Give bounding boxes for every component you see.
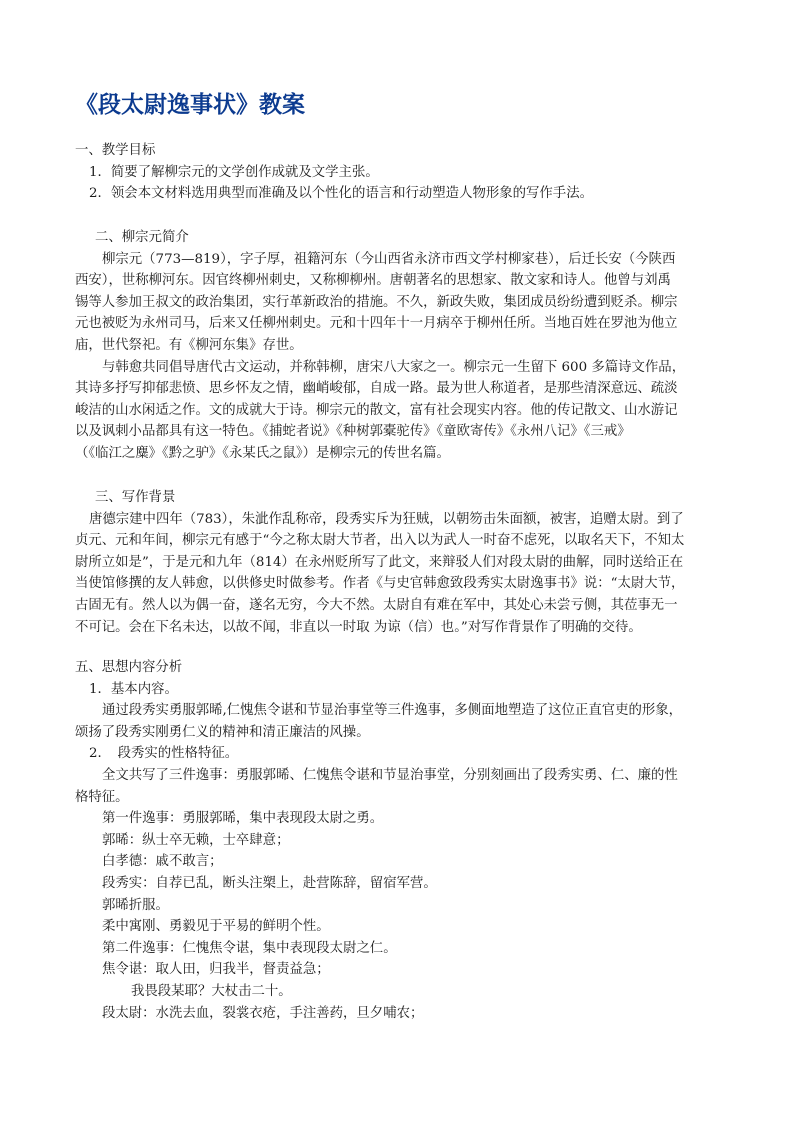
paragraph-line: 柳宗元（773—819），字子厚，祖籍河东（今山西省永济市西文学村柳家巷），后迁…: [75, 249, 730, 271]
paragraph-line: 通过段秀实勇服郭晞,仁愧焦令谌和节显治事堂等三件逸事，多侧面地塑造了这位正直官吏…: [75, 700, 730, 722]
paragraph-line: 其诗多抒写抑郁悲愤、思乡怀友之情，幽峭峻郁，自成一路。最为世人称道者，是那些清深…: [75, 378, 730, 400]
paragraph-line: 贞元、元和年间，柳宗元有感于“今之称太尉大节者，出入以为武人一时奋不虑死，以取名…: [75, 530, 730, 552]
paragraph-line: 锡等人参加王叔文的政治集团，实行革新政治的措施。不久，新政失败，集团成员纷纷遭到…: [75, 292, 730, 314]
paragraph-line: （《临江之麋》《黔之驴》《永某氏之鼠》）是柳宗元的传世名篇。: [75, 443, 730, 465]
paragraph-line: 峻洁的山水闲适之作。文的成就大于诗。柳宗元的散文，富有社会现实内容。他的传记散文…: [75, 400, 730, 422]
paragraph-line: 元也被贬为永州司马，后来又任柳州刺史。元和十四年十一月病卒于柳州任所。当地百姓在…: [75, 313, 730, 335]
paragraph-line: 古固无有。然人以为偶一奋，遂名无穷，今大不然。太尉自有难在军中，其处心未尝亏侧，…: [75, 595, 730, 617]
paragraph-line: 庙，世代祭祀。有《柳河东集》存世。: [75, 335, 730, 357]
detail-line: 柔中寓刚、勇毅见于平易的鲜明个性。: [75, 916, 730, 938]
paragraph-line: 与韩愈共同倡导唐代古文运动，并称韩柳，唐宋八大家之一。柳宗元一生留下 600 多…: [75, 357, 730, 379]
paragraph-line: 不可记。会在下名未达，以故不闻，非直以一时取 为谅（信）也。”对写作背景作了明确…: [75, 617, 730, 639]
detail-line: 郭晞折服。: [75, 895, 730, 917]
list-item: 1．简要了解柳宗元的文学创作成就及文学主张。: [75, 162, 730, 184]
paragraph-line: 当使馆修撰的友人韩愈，以供修史时做参考。作者《与史官韩愈致段秀实太尉逸事书》说：…: [75, 573, 730, 595]
detail-line: 郭晞：纵士卒无赖，士卒肆意；: [75, 830, 730, 852]
subsection-heading: 2． 段秀实的性格特征。: [75, 743, 730, 765]
section-heading: 二、柳宗元简介: [75, 227, 730, 249]
section-writing-background: 三、写作背景 唐德宗建中四年（783），朱泚作乱称帝，段秀实斥为狂贼，以朝笏击朱…: [75, 487, 730, 638]
section-heading: 三、写作背景: [75, 487, 730, 509]
section-heading: 五、思想内容分析: [75, 657, 730, 679]
paragraph-line: 颂扬了段秀实刚勇仁义的精神和清正廉洁的风操。: [75, 722, 730, 744]
detail-line: 我畏段某耶？大杖击二十。: [75, 981, 730, 1003]
section-heading: 一、教学目标: [75, 140, 730, 162]
detail-line: 段秀实：自荐已乱，断头注槊上，赴营陈辞，留宿军营。: [75, 873, 730, 895]
paragraph-line: 全文共写了三件逸事：勇服郭晞、仁愧焦令谌和节显治事堂，分别刻画出了段秀实勇、仁、…: [75, 765, 730, 787]
detail-line: 第二件逸事：仁愧焦令谌，集中表现段太尉之仁。: [75, 938, 730, 960]
detail-line: 第一件逸事：勇服郭晞，集中表现段太尉之勇。: [75, 808, 730, 830]
section-teaching-goals: 一、教学目标 1．简要了解柳宗元的文学创作成就及文学主张。 2．领会本文材料选用…: [75, 140, 730, 205]
paragraph-line: 格特征。: [75, 787, 730, 809]
paragraph-line: 以及讽刺小品都具有这一特色。《捕蛇者说》《种树郭橐驼传》《童欧寄传》《永州八记》…: [75, 421, 730, 443]
document-title: 《段太尉逸事状》教案: [75, 86, 305, 119]
section-author-intro: 二、柳宗元简介 柳宗元（773—819），字子厚，祖籍河东（今山西省永济市西文学…: [75, 227, 730, 465]
detail-line: 段太尉：水洗去血，裂裳衣疮，手注善药，旦夕哺农；: [75, 1003, 730, 1025]
section-content-analysis: 五、思想内容分析 1．基本内容。 通过段秀实勇服郭晞,仁愧焦令谌和节显治事堂等三…: [75, 657, 730, 1024]
paragraph-line: 西安），世称柳河东。因官终柳州刺史，又称柳柳州。唐朝著名的思想家、散文家和诗人。…: [75, 270, 730, 292]
paragraph-line: 尉所立如是”，于是元和九年（814）在永州贬所写了此文，来辩驳人们对段太尉的曲解…: [75, 552, 730, 574]
detail-line: 白孝德：戚不敢言；: [75, 851, 730, 873]
list-item: 2．领会本文材料选用典型而准确及以个性化的语言和行动塑造人物形象的写作手法。: [75, 183, 730, 205]
paragraph-line: 唐德宗建中四年（783），朱泚作乱称帝，段秀实斥为狂贼，以朝笏击朱面额，被害，追…: [75, 509, 730, 531]
subsection-heading: 1．基本内容。: [75, 679, 730, 701]
detail-line: 焦令谌：取人田，归我半，督责益急；: [75, 959, 730, 981]
